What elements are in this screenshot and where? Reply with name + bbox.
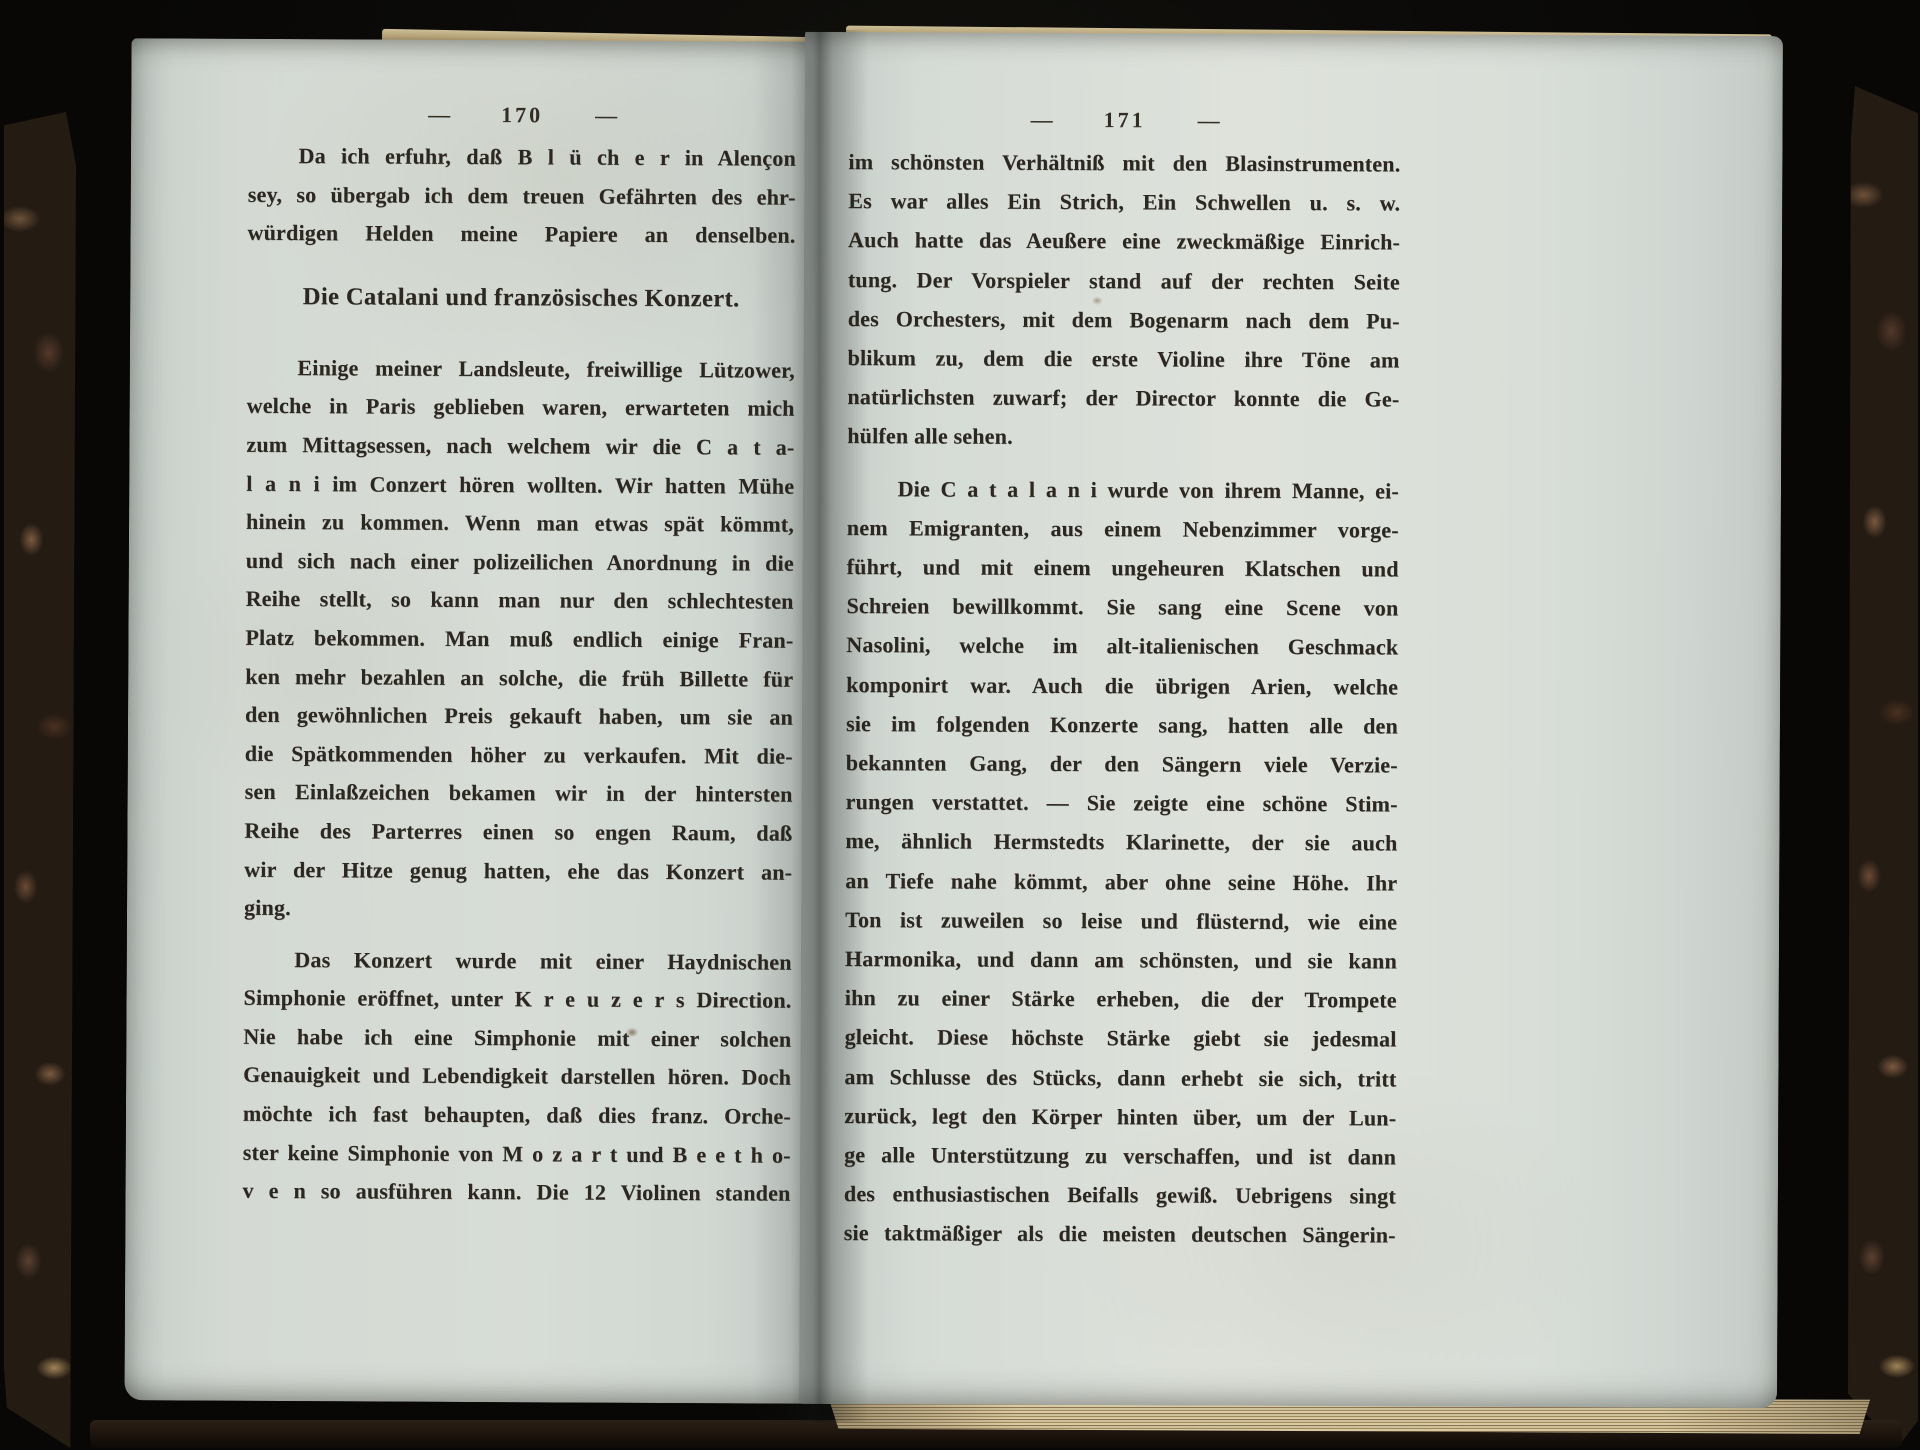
paragraph: Die C a t a l a n i wurde von ihrem Mann…	[844, 469, 1399, 1255]
header-rule-left: —	[428, 102, 449, 128]
text-line: Einige meiner Landsleute, freiwillige Lü…	[247, 349, 795, 390]
text-line: Genauigkeit und Lebendigkeit darstellen …	[243, 1056, 791, 1097]
text-line: ken mehr bezahlen an solche, die früh Bi…	[245, 657, 793, 698]
text-line: ge alle Unterstützung zu verschaffen, un…	[844, 1135, 1396, 1177]
text-line: den gewöhnlichen Preis gekauft haben, um…	[245, 696, 793, 737]
text-line: die Spätkommenden höher zu verkaufen. Mi…	[245, 735, 793, 776]
text-line: Simphonie eröffnet, unter K r e u z e r …	[243, 979, 791, 1020]
left-page: — 170 — Da ich erfuhr, daß B l ü ch e r …	[124, 38, 819, 1404]
text-line: Da ich erfuhr, daß B l ü ch e r in Alenç…	[248, 137, 796, 178]
text-line: welche in Paris geblieben waren, erwarte…	[247, 387, 795, 428]
text-line: bekannten Gang, der den Sängern viele Ve…	[846, 743, 1398, 785]
left-page-text: — 170 — Da ich erfuhr, daß B l ü ch e r …	[242, 91, 796, 1214]
text-line: im schönsten Verhältniß mit den Blasinst…	[848, 142, 1400, 184]
text-line: möchte ich fast behaupten, daß dies fran…	[243, 1095, 791, 1136]
text-line: sie taktmäßiger als die meisten deutsche…	[844, 1214, 1396, 1256]
text-line: und sich nach einer polizeilichen Anordn…	[246, 542, 794, 583]
text-line: ging.	[244, 889, 792, 930]
text-line: nem Emigranten, aus einem Nebenzimmer vo…	[847, 508, 1399, 550]
text-line: Harmonika, und dann am schönsten, und si…	[845, 939, 1397, 981]
text-line: des Orchesters, mit dem Bogenarm nach de…	[848, 299, 1400, 341]
right-page-text: — 171 — im schönsten Verhältniß mit den …	[844, 96, 1401, 1255]
chapter-heading: Die Catalani und französisches Konzert.	[247, 283, 795, 314]
text-line: Reihe des Parterres einen so engen Raum,…	[244, 812, 792, 853]
text-line: Schreien bewillkommt. Sie sang eine Scen…	[846, 586, 1398, 628]
text-line: blikum zu, dem die erste Violine ihre Tö…	[847, 338, 1399, 380]
text-line: gleicht. Diese höchste Stärke giebt sie …	[845, 1018, 1397, 1060]
text-line: hinein zu kommen. Wenn man etwas spät kö…	[246, 503, 794, 544]
text-line: Ton ist zuweilen so leise und flüsternd,…	[845, 900, 1397, 942]
text-line: Auch hatte das Aeußere eine zweckmäßige …	[848, 220, 1400, 262]
text-line: führt, und mit einem ungeheuren Klatsche…	[847, 547, 1399, 589]
text-line: v e n so ausführen kann. Die 12 Violinen…	[242, 1172, 790, 1213]
right-page-header: — 171 —	[849, 96, 1401, 144]
text-line: hülfen alle sehen.	[847, 416, 1399, 458]
text-line: sen Einlaßzeichen bekamen wir in der hin…	[245, 773, 793, 814]
paragraph: Da ich erfuhr, daß B l ü ch e r in Alenç…	[247, 137, 796, 256]
text-line: Es war alles Ein Strich, Ein Schwellen u…	[848, 181, 1400, 223]
text-line: Die C a t a l a n i wurde von ihrem Mann…	[847, 469, 1399, 511]
right-page: — 171 — im schönsten Verhältniß mit den …	[799, 32, 1783, 1408]
text-line: zurück, legt den Körper hinten über, um …	[844, 1096, 1396, 1138]
text-line: me, ähnlich Hermstedts Klarinette, der s…	[845, 822, 1397, 864]
text-line: Das Konzert wurde mit einer Haydnischen	[244, 940, 792, 981]
header-rule-right: —	[595, 103, 616, 129]
paragraph: Einige meiner Landsleute, freiwillige Lü…	[244, 349, 795, 931]
text-line: ihn zu einer Stärke erheben, die der Tro…	[845, 978, 1397, 1020]
photo-background: — 170 — Da ich erfuhr, daß B l ü ch e r …	[0, 0, 1920, 1450]
text-line: natürlichsten zuwarf; der Director konnt…	[847, 377, 1399, 419]
text-line: sie im folgenden Konzerte sang, hatten a…	[846, 704, 1398, 746]
text-line: l a n i im Conzert hören wollten. Wir ha…	[246, 464, 794, 505]
text-line: ster keine Simphonie von M o z a r t und…	[243, 1133, 791, 1174]
text-line: wir der Hitze genug hatten, ehe das Konz…	[244, 850, 792, 891]
text-line: tung. Der Vorspieler stand auf der recht…	[848, 260, 1400, 302]
text-line: zum Mittagsessen, nach welchem wir die C…	[246, 426, 794, 467]
text-line: rungen verstattet. — Sie zeigte eine sch…	[846, 782, 1398, 824]
text-line: des enthusiastischen Beifalls gewiß. Ueb…	[844, 1174, 1396, 1216]
header-rule-left: —	[1031, 107, 1052, 133]
text-line: Nasolini, welche im alt-italienischen Ge…	[846, 625, 1398, 667]
text-line: komponirt war. Auch die übrigen Arien, w…	[846, 665, 1398, 707]
paragraph: im schönsten Verhältniß mit den Blasinst…	[847, 142, 1400, 458]
text-line: Platz bekommen. Man muß endlich einige F…	[245, 619, 793, 660]
text-line: an Tiefe nahe kömmt, aber ohne seine Höh…	[845, 861, 1397, 903]
text-line: am Schlusse des Stücks, dann erhebt sie …	[844, 1057, 1396, 1099]
header-rule-right: —	[1198, 108, 1219, 134]
paragraph: Das Konzert wurde mit einer HaydnischenS…	[242, 940, 791, 1213]
text-line: Reihe stellt, so kann man nur den schlec…	[246, 580, 794, 621]
right-page-number: 171	[1104, 107, 1146, 133]
text-line: sey, so übergab ich dem treuen Gefährten…	[248, 175, 796, 216]
left-page-header: — 170 —	[248, 91, 796, 140]
text-line: Nie habe ich eine Simphonie mit einer so…	[243, 1018, 791, 1059]
text-line: würdigen Helden meine Papiere an denselb…	[247, 214, 795, 255]
left-page-number: 170	[501, 102, 543, 128]
